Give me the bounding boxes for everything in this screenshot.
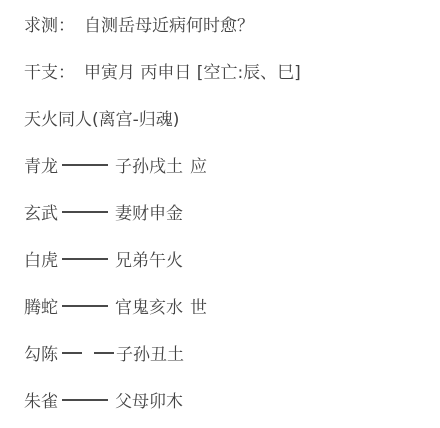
spirit-label: 白虎 xyxy=(24,246,60,271)
yao-text: 父母卯木 xyxy=(115,387,183,412)
yao-row: 腾蛇 官鬼亥水 世 xyxy=(24,282,440,329)
shi-ying-marker: 世 xyxy=(190,293,207,318)
question-line: 求测：自测岳母近病何时愈？ xyxy=(24,0,440,47)
liuyao-chart: 求测：自测岳母近病何时愈？ 干支：甲寅月 丙申日 [空亡:辰、巳] 天火同人(离… xyxy=(0,0,440,428)
hexagram-title-text: 天火同人(离宫-归魂) xyxy=(24,105,179,130)
yao-line-symbol xyxy=(62,164,108,166)
hexagram-title: 天火同人(离宫-归魂) xyxy=(24,94,440,141)
yao-text: 兄弟午火 xyxy=(115,246,183,271)
spirit-label: 青龙 xyxy=(24,152,60,177)
spirit-label: 腾蛇 xyxy=(24,293,60,318)
yao-row: 朱雀 父母卯木 xyxy=(24,376,440,423)
yao-line-symbol xyxy=(62,399,108,401)
yao-line-symbol xyxy=(62,211,108,213)
yao-line-symbol xyxy=(62,352,114,354)
yao-line-symbol xyxy=(62,258,108,260)
ganzhi-label: 干支： xyxy=(24,58,75,83)
yao-row: 青龙 子孙戌土 应 xyxy=(24,141,440,188)
spirit-label: 朱雀 xyxy=(24,387,60,412)
spirit-label: 勾陈 xyxy=(24,340,60,365)
ganzhi-line: 干支：甲寅月 丙申日 [空亡:辰、巳] xyxy=(24,47,440,94)
yao-text: 官鬼亥水 xyxy=(115,293,183,318)
question-label: 求测： xyxy=(24,11,75,36)
question-text: 自测岳母近病何时愈？ xyxy=(84,11,254,36)
spirit-label: 玄武 xyxy=(24,199,60,224)
yao-text: 妻财申金 xyxy=(115,199,183,224)
yao-row: 玄武 妻财申金 xyxy=(24,188,440,235)
yao-row: 勾陈 子孙丑土 xyxy=(24,329,440,376)
ganzhi-text: 甲寅月 丙申日 [空亡:辰、巳] xyxy=(84,58,301,83)
shi-ying-marker: 应 xyxy=(190,152,207,177)
yao-line-symbol xyxy=(62,305,108,307)
yao-text: 子孙丑土 xyxy=(116,340,184,365)
yao-text: 子孙戌土 xyxy=(115,152,183,177)
yao-row: 白虎 兄弟午火 xyxy=(24,235,440,282)
